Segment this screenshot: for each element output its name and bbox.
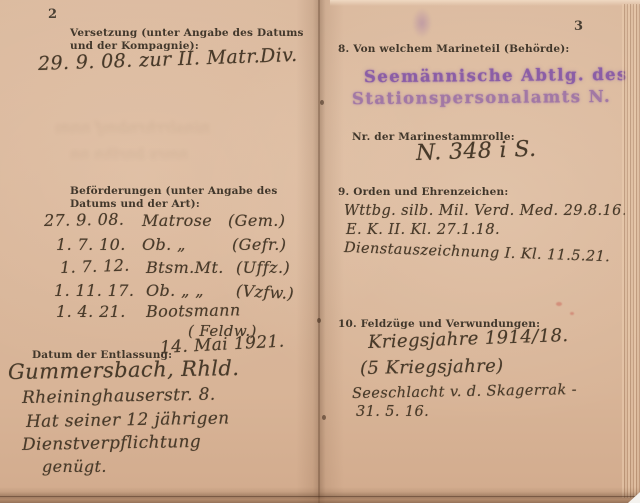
- stitch-hole: [320, 100, 324, 105]
- bottom-page-edge: [0, 487, 640, 503]
- stitch-hole: [322, 415, 326, 420]
- promotion-date: 27. 9. 08.: [44, 210, 125, 230]
- right-page: 3 8. Von welchem Marineteil (Behörde): S…: [330, 0, 640, 503]
- center-crease-line: [318, 0, 320, 503]
- top-page-edge: [330, 0, 640, 6]
- marineteil-label: 8. Von welchem Marineteil (Behörde):: [338, 43, 618, 56]
- bleedthrough-text: ninslrrhrnbmf nnm: [55, 118, 210, 137]
- feldzug-entry: (5 Kriegsjahre): [360, 355, 504, 379]
- unit-stamp-line1: Seemännische Abtlg. des: [364, 65, 628, 86]
- orden-label: 9. Orden und Ehrenzeichen:: [338, 186, 508, 199]
- stitch-hole: [317, 318, 321, 323]
- stamp-bleedthrough-smudge: [412, 8, 432, 38]
- left-page-number: 2: [48, 7, 57, 22]
- bottom-edge-line: [0, 496, 640, 497]
- promotion-row: 27. 9. 08. Matrose (Gem.): [0, 211, 300, 233]
- befoerderungen-label: Beförderungen (unter Angabe des Datums u…: [70, 185, 308, 211]
- promotion-row: 1. 7. 10. Ob. „ (Gefr.): [0, 235, 300, 257]
- orden-entry: Dienstauszeichnung I. Kl. 11.5.21.: [344, 240, 611, 265]
- red-speck: [556, 302, 562, 306]
- left-page: 2 Versetzung (unter Angabe des Datums un…: [0, 0, 300, 503]
- promotion-date: 1. 11. 17.: [54, 281, 134, 300]
- stammrolle-entry: N. 348 i S.: [416, 137, 537, 166]
- promotion-rank: Matrose: [142, 211, 212, 230]
- promotion-note: (Uffz.): [236, 258, 290, 277]
- entlassung-date: 14. Mai 1921.: [159, 331, 285, 357]
- promotion-date: 1. 7. 12.: [60, 256, 130, 277]
- promotion-rank: Bootsmann: [146, 300, 241, 321]
- promotion-note: (Gem.): [228, 211, 285, 230]
- feldzug-entry: Seeschlacht v. d. Skagerrak -: [352, 382, 577, 402]
- promotion-date: 1. 7. 10.: [56, 235, 126, 254]
- militarpass-scan: 2 Versetzung (unter Angabe des Datums un…: [0, 0, 640, 503]
- right-page-number: 3: [574, 19, 583, 34]
- address-line: Dienstverpflichtung: [22, 432, 201, 455]
- orden-entry: E. K. II. Kl. 27.1.18.: [346, 222, 500, 238]
- promotion-row: 1. 4. 21. Bootsmann: [0, 302, 300, 324]
- feldzug-entry: 31. 5. 16.: [356, 404, 429, 420]
- bleedthrough-text: nmrs bnrlhn nn: [70, 145, 188, 163]
- promotion-rank: Ob. „ „: [146, 281, 204, 300]
- address-line: Gummersbach, Rhld.: [8, 356, 240, 384]
- orden-entry: Wttbg. silb. Mil. Verd. Med. 29.8.16.: [344, 203, 627, 219]
- promotion-note: (Gefr.): [232, 235, 286, 254]
- promotion-date: 1. 4. 21.: [56, 302, 126, 321]
- promotion-row: 1. 7. 12. Btsm.Mt. (Uffz.): [0, 258, 300, 280]
- right-page-edges: [622, 4, 640, 498]
- promotion-row: 1. 11. 17. Ob. „ „ (Vzfw.): [0, 281, 300, 303]
- red-speck: [570, 312, 574, 315]
- address-line: Rheininghauserstr. 8.: [22, 385, 216, 408]
- promotion-rank: Ob. „: [142, 235, 186, 254]
- address-line: genügt.: [42, 457, 107, 476]
- promotion-rank: Btsm.Mt.: [146, 258, 224, 277]
- address-line: Hat seiner 12 jährigen: [26, 408, 230, 432]
- promotion-note: (Vzfw.): [236, 281, 295, 303]
- unit-stamp-line2: Stationspersonalamts N.: [352, 87, 611, 108]
